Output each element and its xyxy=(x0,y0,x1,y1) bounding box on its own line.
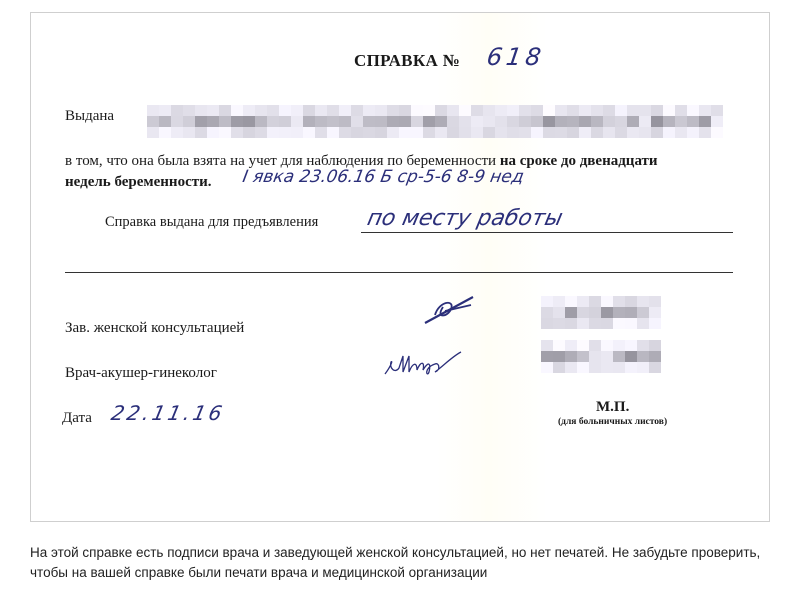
head-signature xyxy=(421,293,481,328)
purpose-handwritten-value: по месту работы xyxy=(365,206,565,231)
issued-to-redacted-name xyxy=(147,105,723,138)
doctor-redacted-name xyxy=(541,340,661,373)
stamp-placeholder-note: (для больничных листов) xyxy=(558,417,667,427)
blank-underline xyxy=(65,272,733,273)
first-visit-handwritten-note: I явка 23.06.16 Б ср-5-6 8-9 нед xyxy=(241,167,525,187)
issued-to-label: Выдана xyxy=(65,108,114,125)
certificate-title: СПРАВКА № xyxy=(354,51,460,71)
date-handwritten-value: 22.11.16 xyxy=(109,401,227,425)
certificate-number: 618 xyxy=(485,43,547,71)
purpose-underline xyxy=(361,232,733,233)
certificate-document: СПРАВКА № 618 Выдана в том, что она была… xyxy=(31,13,769,521)
head-redacted-name xyxy=(541,296,661,329)
certificate-image-frame: СПРАВКА № 618 Выдана в том, что она была… xyxy=(30,12,770,522)
body-line-2-bold: недель беременности. xyxy=(65,174,211,190)
doctor-label: Врач-акушер-гинеколог xyxy=(65,365,217,382)
doctor-signature xyxy=(383,348,473,378)
body-line-2: недель беременности. xyxy=(65,174,211,191)
head-label: Зав. женской консультацией xyxy=(65,320,244,337)
date-label: Дата xyxy=(62,410,92,427)
stamp-placeholder-label: М.П. xyxy=(596,399,629,416)
purpose-label: Справка выдана для предъявления xyxy=(105,214,318,231)
image-caption: На этой справке есть подписи врача и зав… xyxy=(30,543,770,583)
